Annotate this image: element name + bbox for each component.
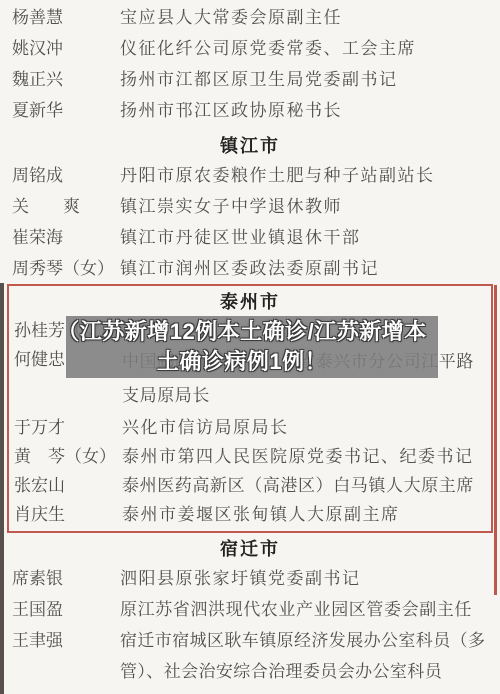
section-zhenjiang: 镇江市 周铭成 丹阳市原农委粮作土肥与种子站副站长 关 爽 镇江崇实女子中学退休…: [0, 132, 500, 284]
person-title: 泰州医药高新区（高港区）白马镇人大原主席: [122, 471, 487, 500]
person-title: 镇江市丹徒区世业镇退休干部: [120, 222, 490, 253]
person-name: 张宏山: [14, 471, 122, 500]
table-row: 肖庆生 泰州市姜堰区张甸镇人大原副主席: [9, 500, 491, 529]
person-title: 宝应县人大常委会原副主任: [120, 2, 490, 33]
table-row: 关 爽 镇江崇实女子中学退休教师: [0, 191, 500, 222]
table-row: 崔荣海 镇江市丹徒区世业镇退休干部: [0, 222, 500, 253]
person-name: 姚汉冲: [12, 33, 120, 64]
person-title: 兴化市信访局原局长: [122, 413, 487, 442]
person-name: 黄 芩（女）: [14, 442, 122, 471]
headline-line1: （江苏新增12例本土确诊/江苏新增本: [57, 317, 427, 347]
person-name: 周秀琴（女）: [12, 253, 120, 284]
person-title: 丹阳市原农委粮作土肥与种子站副站长: [120, 160, 490, 191]
person-title: 泗阳县原张家圩镇党委副书记: [120, 563, 490, 594]
person-name: 周铭成: [12, 160, 120, 191]
table-row: 杨善慧 宝应县人大常委会原副主任: [0, 2, 500, 33]
person-title: 原江苏省泗洪现代农业产业园区管委会副主任: [120, 594, 490, 625]
table-row: 张宏山 泰州医药高新区（高港区）白马镇人大原主席: [9, 471, 491, 500]
person-name: 席素银: [12, 563, 120, 594]
section-yangzhou: 杨善慧 宝应县人大常委会原副主任 姚汉冲 仪征化纤公司原党委常委、工会主席 魏正…: [0, 2, 500, 126]
table-row: 周铭成 丹阳市原农委粮作土肥与种子站副站长: [0, 160, 500, 191]
section-header-zhenjiang: 镇江市: [0, 132, 500, 160]
screen-edge-left: [0, 283, 4, 694]
person-name: 王聿强: [12, 625, 120, 656]
person-name: 魏正兴: [12, 64, 120, 95]
red-annotation-line: [494, 285, 497, 595]
section-suqian: 宿迁市 席素银 泗阳县原张家圩镇党委副书记 王国盈 原江苏省泗洪现代农业产业园区…: [0, 535, 500, 687]
table-row: 周秀琴（女） 镇江市润州区委政法委原副书记: [0, 253, 500, 284]
person-title: 镇江市润州区委政法委原副书记: [120, 253, 490, 284]
table-row: 魏正兴 扬州市江都区原卫生局党委副书记: [0, 64, 500, 95]
headline-overlay: （江苏新增12例本土确诊/江苏新增本 土确诊病例1例！: [66, 316, 438, 378]
person-title: 扬州市江都区原卫生局党委副书记: [120, 64, 490, 95]
person-name: 崔荣海: [12, 222, 120, 253]
person-title: 仪征化纤公司原党委常委、工会主席: [120, 33, 490, 64]
person-name: 于万才: [14, 413, 122, 442]
person-title: 泰州市姜堰区张甸镇人大原副主席: [122, 500, 487, 529]
person-name: 夏新华: [12, 95, 120, 126]
person-name: 杨善慧: [12, 2, 120, 33]
person-title: 宿迁市宿城区耿车镇原经济发展办公室科员（多管）、社会治安综合治理委员会办公室科员: [120, 625, 490, 687]
person-name: 关 爽: [12, 191, 120, 222]
person-title: 扬州市邗江区政协原秘书长: [120, 95, 490, 126]
section-header-taizhou: 泰州市: [9, 288, 491, 316]
table-row: 于万才 兴化市信访局原局长: [9, 413, 491, 442]
headline-line2: 土确诊病例1例！: [157, 347, 327, 377]
section-header-suqian: 宿迁市: [0, 535, 500, 563]
person-name: 肖庆生: [14, 500, 122, 529]
table-row: 席素银 泗阳县原张家圩镇党委副书记: [0, 563, 500, 594]
table-row: 王国盈 原江苏省泗洪现代农业产业园区管委会副主任: [0, 594, 500, 625]
table-row: 姚汉冲 仪征化纤公司原党委常委、工会主席: [0, 33, 500, 64]
table-row: 王聿强 宿迁市宿城区耿车镇原经济发展办公室科员（多管）、社会治安综合治理委员会办…: [0, 625, 500, 687]
person-title: 镇江崇实女子中学退休教师: [120, 191, 490, 222]
table-row: 黄 芩（女） 泰州市第四人民医院原党委书记、纪委书记: [9, 442, 491, 471]
table-row: 夏新华 扬州市邗江区政协原秘书长: [0, 95, 500, 126]
person-title: 泰州市第四人民医院原党委书记、纪委书记: [122, 442, 487, 471]
person-name: 王国盈: [12, 594, 120, 625]
